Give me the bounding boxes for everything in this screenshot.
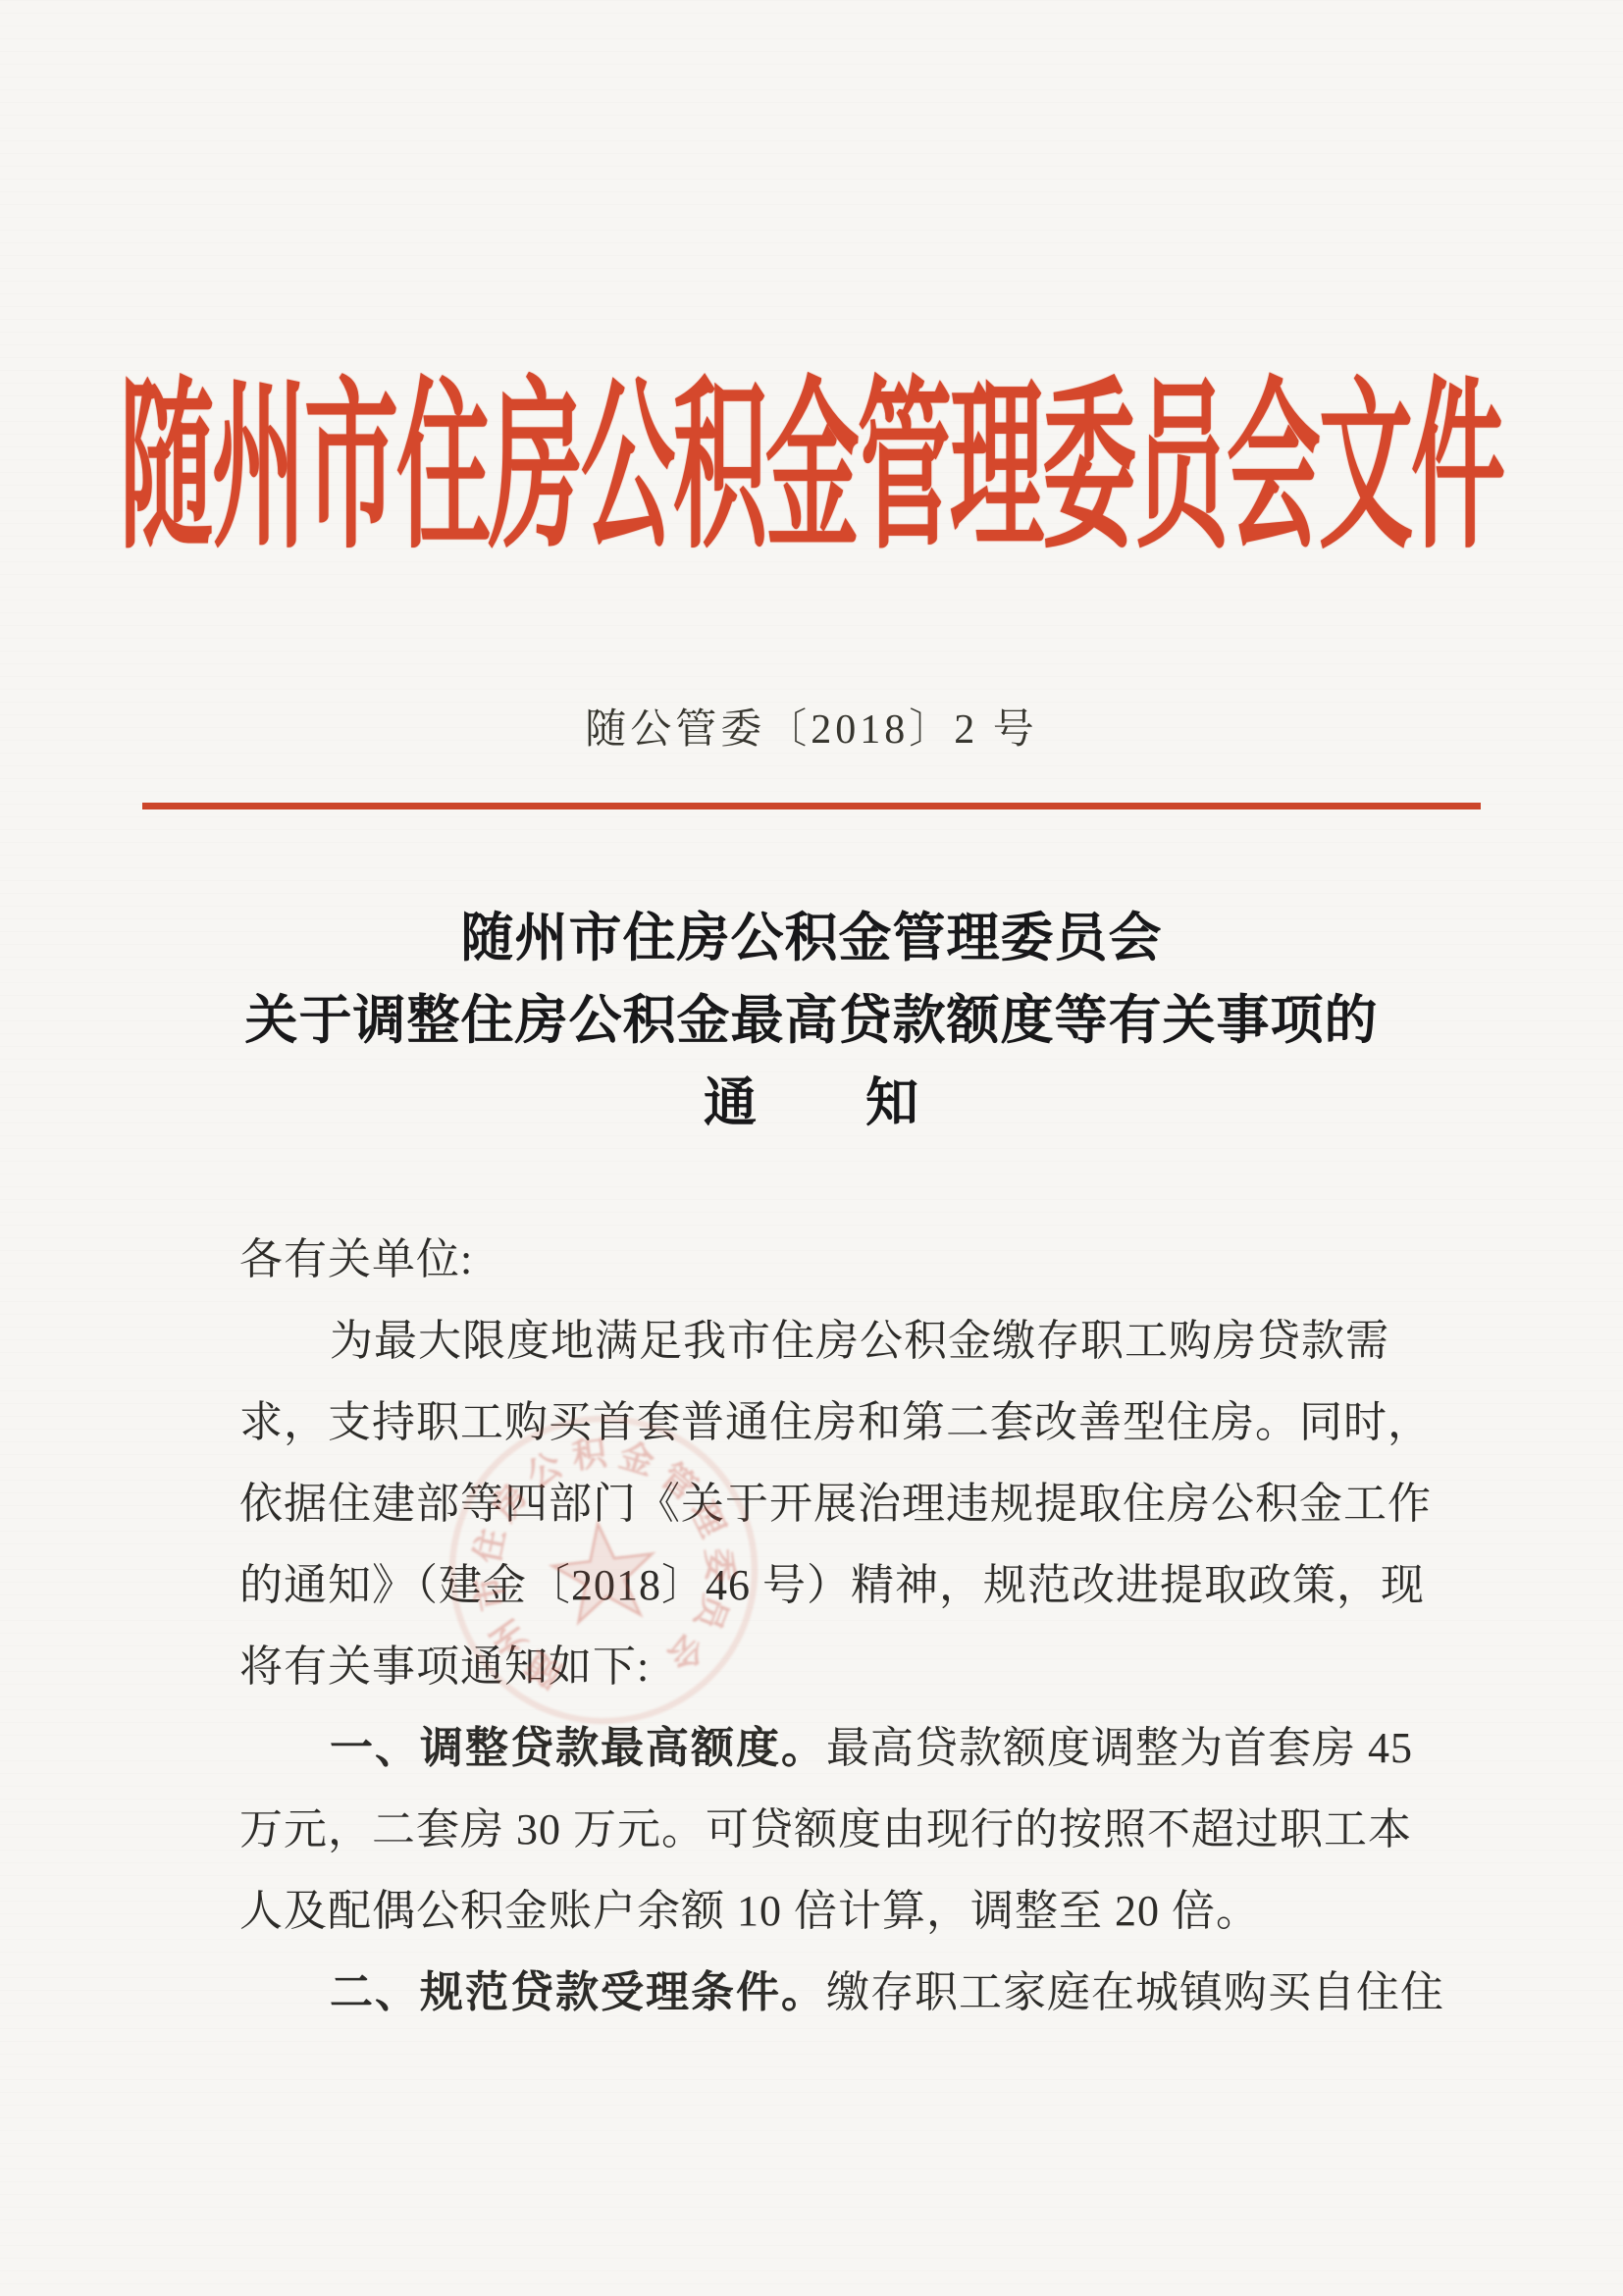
body-line-section-2: 二、规范贷款受理条件。缴存职工家庭在城镇购买自住住 bbox=[239, 1952, 1446, 2033]
salutation-line: 各有关单位: bbox=[239, 1219, 1446, 1300]
document-title-line2: 关于调整住房公积金最高贷款额度等有关事项的 bbox=[0, 979, 1623, 1062]
scanned-document-page: 随州市住房公积金管理委员会文件 随公管委〔2018〕2 号 随州市住房公积金管理… bbox=[0, 0, 1623, 2296]
organization-banner-title: 随州市住房公积金管理委员会文件 bbox=[120, 321, 1503, 583]
document-title-line1: 随州市住房公积金管理委员会 bbox=[0, 897, 1623, 979]
document-body: 各有关单位: 为最大限度地满足我市住房公积金缴存职工购房贷款需 求，支持职工购买… bbox=[239, 1219, 1446, 2033]
document-number: 随公管委〔2018〕2 号 bbox=[0, 697, 1623, 756]
body-line: 将有关事项通知如下: bbox=[239, 1626, 1446, 1707]
body-line: 求，支持职工购买首套普通住房和第二套改善型住房。同时， bbox=[239, 1382, 1446, 1463]
body-line: 人及配偶公积金账户余额 10 倍计算，调整至 20 倍。 bbox=[239, 1870, 1446, 1952]
body-line: 万元，二套房 30 万元。可贷额度由现行的按照不超过职工本 bbox=[239, 1789, 1446, 1870]
body-line-section-1: 一、调整贷款最高额度。最高贷款额度调整为首套房 45 bbox=[239, 1707, 1446, 1789]
body-line: 的通知》（建金〔2018〕46 号）精神，规范改进提取政策，现 bbox=[239, 1544, 1446, 1626]
document-title-line3: 通 知 bbox=[0, 1062, 1623, 1144]
document-title: 随州市住房公积金管理委员会 关于调整住房公积金最高贷款额度等有关事项的 通 知 bbox=[0, 897, 1623, 1144]
red-letterhead-banner: 随州市住房公积金管理委员会文件 bbox=[0, 351, 1623, 553]
body-line: 为最大限度地满足我市住房公积金缴存职工购房贷款需 bbox=[239, 1300, 1446, 1382]
body-line: 依据住建部等四部门《关于开展治理违规提取住房公积金工作 bbox=[239, 1463, 1446, 1544]
red-separator-line bbox=[142, 803, 1481, 809]
